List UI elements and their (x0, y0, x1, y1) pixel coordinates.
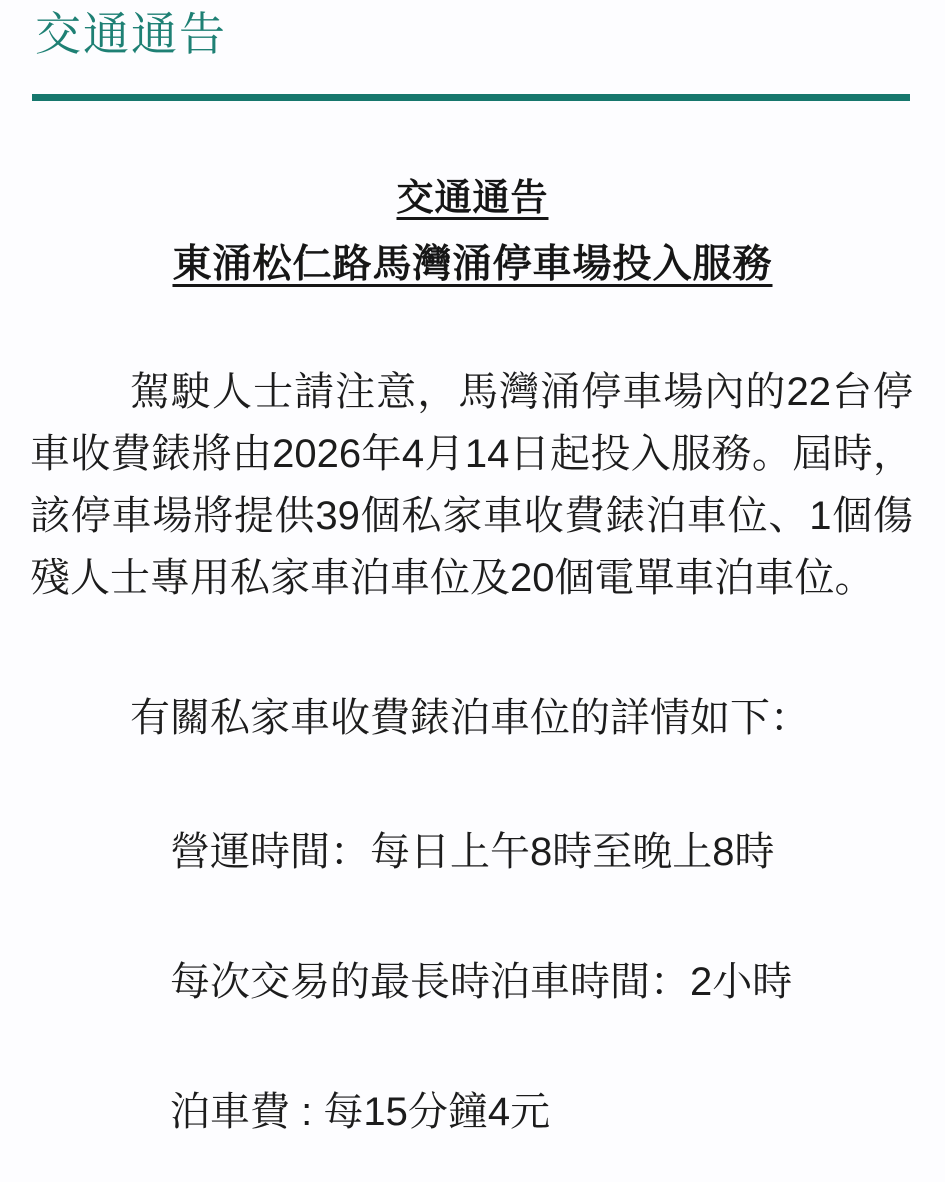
notice-title: 交通通告 (0, 173, 945, 223)
detail-max-parking-time: 每次交易的最長時泊車時間：2小時 (30, 951, 913, 1013)
notice-intro-paragraph: 駕駛人士請注意，馬灣涌停車場內的22台停車收費錶將由2026年4月14日起投入服… (30, 361, 913, 609)
details-heading: 有關私家車收費錶泊車位的詳情如下： (30, 687, 913, 749)
detail-parking-fee: 泊車費 : 每15分鐘4元 (30, 1081, 913, 1143)
page-header: 交通通告 (0, 0, 945, 62)
notice-subtitle: 東涌松仁路馬灣涌停車場投入服務 (0, 237, 945, 293)
detail-operating-hours: 營運時間：每日上午8時至晚上8時 (30, 821, 913, 883)
header-divider (32, 94, 910, 101)
page-header-title: 交通通告 (35, 6, 910, 62)
notice-page: 交通通告 交通通告 東涌松仁路馬灣涌停車場投入服務 駕駛人士請注意，馬灣涌停車場… (0, 0, 945, 1182)
